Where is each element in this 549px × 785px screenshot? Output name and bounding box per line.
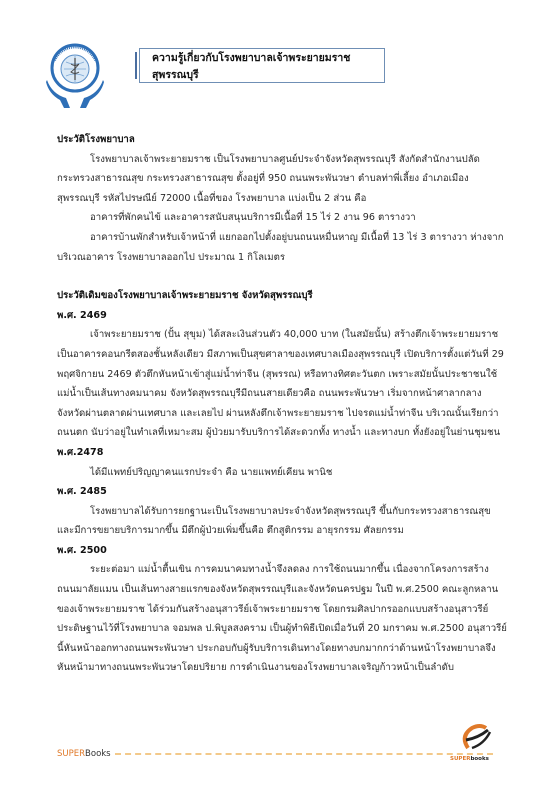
year-heading: พ.ศ.2478 [57,443,507,463]
section-heading-history: ประวัติโรงพยาบาล [57,130,507,150]
footer-brand: SUPERBooks [57,749,111,759]
paragraph: ได้มีแพทย์ปริญญาคนแรกประจำ คือ นายแพทย์เ… [57,463,507,483]
page-footer: SUPERBooks [57,747,497,761]
document-body: ประวัติโรงพยาบาล โรงพยาบาลเจ้าพระยายมราช… [57,130,507,678]
superbooks-swirl-icon [450,722,504,754]
logo-books: books [470,756,488,762]
year-heading: พ.ศ. 2469 [57,306,507,326]
hospital-logo [44,42,106,110]
paragraph: อาคารที่พักคนไข้ และอาคารสนับสนุนบริการม… [57,208,507,228]
spacer [57,267,507,286]
paragraph: โรงพยาบาลได้รับการยกฐานะเป็นโรงพยาบาลประ… [57,502,507,541]
paragraph: ระยะต่อมา แม่น้ำตื้นเขิน การคมนาคมทางน้ำ… [57,560,507,678]
year-heading: พ.ศ. 2485 [57,482,507,502]
title-accent-bar [135,52,137,79]
brand-books: Books [85,749,111,759]
superbooks-logo: SUPERbooks [450,722,504,762]
hospital-emblem-icon [44,42,106,110]
paragraph: โรงพยาบาลเจ้าพระยายมราช เป็นโรงพยาบาลศูน… [57,150,507,209]
logo-super: SUPER [450,756,470,762]
page-title: ความรู้เกี่ยวกับโรงพยาบาลเจ้าพระยายมราช … [152,49,384,83]
superbooks-logo-label: SUPERbooks [450,756,489,762]
paragraph: เจ้าพระยายมราช (ปั้น สุขุม) ได้สละเงินส่… [57,325,507,443]
footer-dashed-divider [115,753,493,755]
section-heading-original-history: ประวัติเดิมของโรงพยาบาลเจ้าพระยายมราช จั… [57,286,507,306]
paragraph: อาคารบ้านพักสำหรับเจ้าหน้าที่ แยกออกไปตั… [57,228,507,267]
page-title-box: ความรู้เกี่ยวกับโรงพยาบาลเจ้าพระยายมราช … [139,48,385,83]
brand-super: SUPER [57,749,85,759]
year-heading: พ.ศ. 2500 [57,541,507,561]
